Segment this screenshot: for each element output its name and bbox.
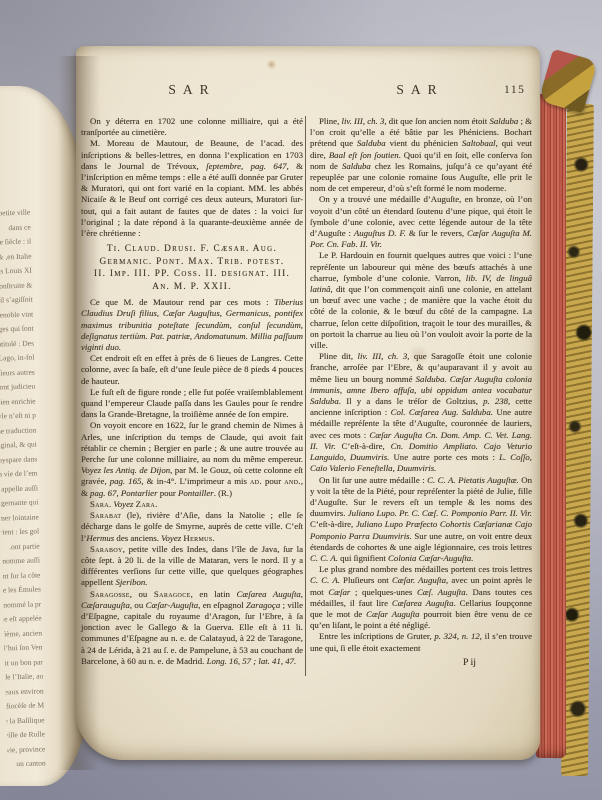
verso-fragment-line: ont nommé la pr: [3, 597, 41, 613]
verso-fragment-line: yle n’eſt ni p: [0, 409, 36, 425]
verso-fragment-line: on appelle auſſi: [0, 481, 38, 497]
left-column: On y déterra en 1702 une colonne milliai…: [81, 116, 303, 667]
paragraph: Le fuſt eſt de figure ronde ; elle fut p…: [81, 387, 303, 421]
verso-fragment-line: t intitulé : Des: [0, 336, 34, 352]
foxing-spot: [266, 60, 277, 69]
paragraph: Ce que M. de Mautour rend par ces mots :…: [81, 297, 303, 353]
verso-fragment-line: petite ville,: [0, 206, 31, 222]
paragraph: On y a trouvé une médaille d’Auguſte, en…: [310, 194, 532, 250]
verso-fragment-line: me ſiècle : il: [0, 235, 31, 251]
verso-fragment-line: d’hui ſon Ven: [4, 640, 42, 656]
verso-fragment-line: e ville de Rulle,: [7, 727, 45, 743]
verso-fragment-line: bien enrichie: [0, 394, 36, 410]
paragraph: Saragosse, ou Saragoce, en latin Cæſarea…: [81, 589, 303, 667]
verso-page-edge: petite ville,dans ceme ſiècle : ilen Ita…: [0, 86, 88, 786]
paragraph: Sarabat (le), rivière d’Aſie, dans la Na…: [81, 510, 303, 544]
verso-fragment-line: on nomme auſſi: [2, 553, 40, 569]
verso-fragment-line: au diocèſe de M: [6, 698, 44, 714]
verso-fragment-line: Grenoble vint: [0, 307, 33, 323]
paragraph: Sara. Voyez Zara.: [81, 499, 303, 510]
red-fore-edge: [536, 94, 566, 758]
verso-fragment-line: uvrages qui ſont: [0, 322, 34, 338]
verso-fragment-line: e dit un bon par: [5, 655, 43, 671]
verso-fragment-line: ont il s’agiſſoit: [0, 293, 33, 309]
verso-fragment-line: oiſième, ancien: [4, 626, 42, 642]
verso-fragment-line: onne les Émules: [3, 582, 41, 598]
paragraph: Le P. Hardouin en fournit quelques autre…: [310, 250, 532, 351]
paragraph: Cet endroit eſt en effet à près de 6 lie…: [81, 353, 303, 387]
verso-fragment-line: la vie de l’em: [0, 466, 38, 482]
verso-fragment-line: un canton: [8, 756, 46, 771]
verso-fragment-line: i ſont ſur la côte: [2, 568, 40, 584]
verso-fragment-line: Orient : les gol: [1, 524, 39, 540]
latin-inscription: Ti. Claud. Drusi. F. Cæsar. Aug.Germanic…: [81, 243, 303, 293]
paragraph: On lit ſur une autre médaille : C. C. A.…: [310, 475, 532, 565]
verso-fragment-line: & conſtruite: [0, 278, 33, 294]
running-head-right: SAR: [396, 82, 443, 98]
verso-fragment-line: Guyspare dans: [0, 452, 37, 468]
verso-text-fragments: petite ville,dans ceme ſiècle : ilen Ita…: [0, 206, 46, 772]
verso-fragment-line: dans ce: [0, 220, 31, 236]
verso-fragment-line: iginal, & qui: [0, 437, 37, 453]
verso-fragment-line: la mer lointaine: [1, 510, 39, 526]
verso-fragment-line: e ſont judicieu: [0, 380, 35, 396]
paragraph: Pline dit, liv. III, ch. 3, que Saragoſſ…: [310, 351, 532, 474]
signature-mark: P ij: [310, 657, 532, 668]
verso-fragment-line: onde eſt appelée: [3, 611, 41, 627]
verso-fragment-line: ligernante qui: [0, 495, 38, 511]
verso-fragment-line: une traduction: [0, 423, 37, 439]
verso-fragment-line: de Lago, in-fol.: [0, 351, 35, 367]
paragraph: Pline, liv. III, ch. 3, dit que ſon anci…: [310, 116, 532, 194]
verso-fragment-line: eiſeaux environ: [5, 684, 43, 700]
verso-fragment-line: de l’Italie, au: [5, 669, 43, 685]
verso-fragment-line: de la Baſilique,: [6, 713, 44, 729]
column-divider: [305, 116, 306, 676]
recto-page: SAR SAR 115 On y déterra en 1702 une col…: [76, 46, 540, 760]
verso-fragment-line: pluſieurs autres: [0, 365, 35, 381]
right-column: Pline, liv. III, ch. 3, dit que ſon anci…: [310, 116, 532, 668]
paragraph: Le plus grand nombre des médailles porte…: [310, 564, 532, 631]
verso-fragment-line: ont partie.: [1, 539, 39, 555]
paragraph: On voyoit encore en 1622, ſur le grand c…: [81, 420, 303, 498]
page-number: 115: [504, 84, 525, 96]
paragraph: M. Moreau de Mautour, de Beaune, de l’ac…: [81, 138, 303, 239]
running-head-left: SAR: [168, 82, 215, 98]
book-photo: petite ville,dans ceme ſiècle : ilen Ita…: [0, 0, 602, 800]
paragraph: On y déterra en 1702 une colonne milliai…: [81, 116, 303, 138]
paragraph: Saraboy, petite ville des Indes, dans l’…: [81, 544, 303, 589]
paragraph: Entre les inſcriptions de Gruter, p. 324…: [310, 631, 532, 653]
verso-fragment-line: uis Louis XI,: [0, 264, 32, 280]
verso-fragment-line: vie, province: [7, 742, 45, 758]
verso-fragment-line: en Italie, &: [0, 249, 32, 265]
